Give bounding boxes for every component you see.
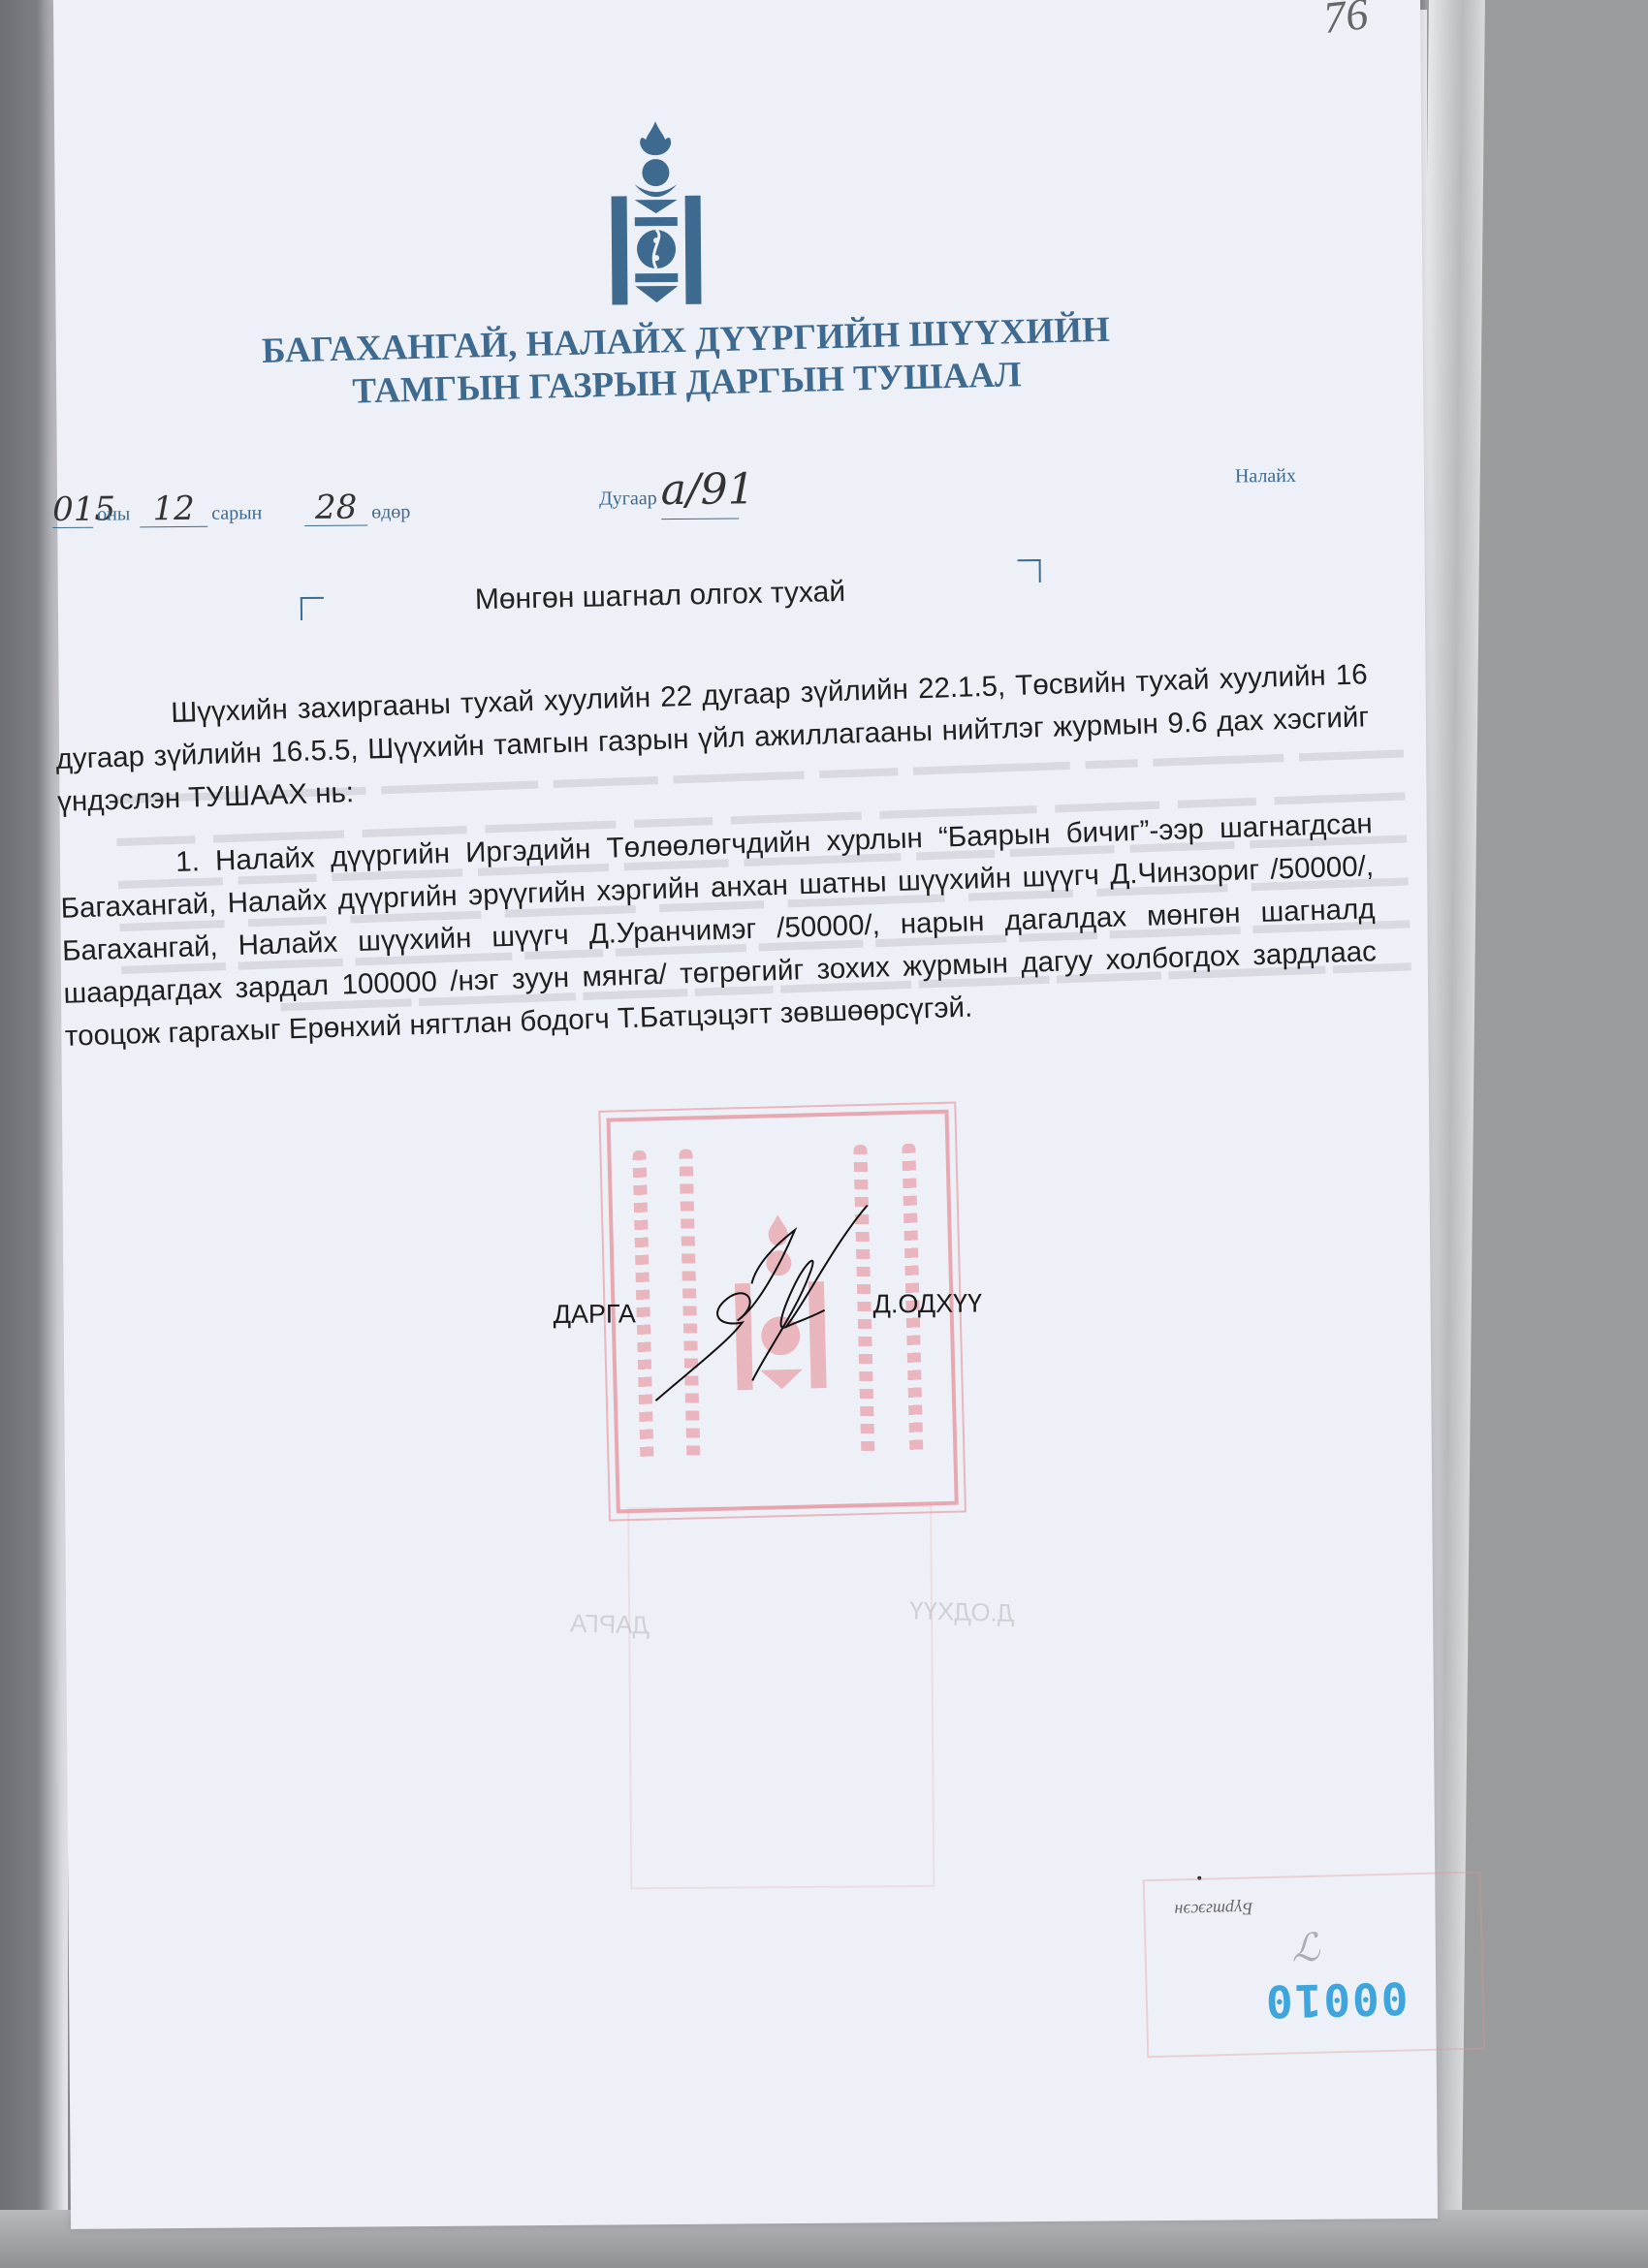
reverse-signatory-title: ДАРГА — [570, 1608, 650, 1640]
date-month: 12сарын — [140, 490, 266, 527]
date-day: 28өдөр — [304, 489, 414, 526]
order-number-handwritten: а/91 — [660, 461, 738, 520]
order-number-label: Дугаар — [595, 488, 661, 510]
year-handwritten: 015 — [52, 492, 93, 528]
reverse-signatory-name: Д.ОДХҮҮ — [909, 1595, 1015, 1628]
document-body: Шүүхийн захиргааны тухай хуулийн 22 дуга… — [54, 653, 1379, 1080]
reverse-signature-bleedthrough: ДАРГА Д.ОДХҮҮ — [569, 1524, 1036, 1780]
month-handwritten: 12 — [140, 491, 207, 528]
subject-bracket-right — [1018, 559, 1041, 583]
document-subject: Мөнгөн шагнал олгох тухай — [475, 576, 846, 616]
registration-stamp: Бүртгэсэн ℒ 00010 — [1143, 1871, 1486, 2058]
registration-initials: ℒ — [1291, 1926, 1320, 1971]
subject-bracket-left — [301, 597, 324, 620]
clause-1-paragraph: 1. Налайх дүүргийн Иргэдийн Төлөөлөгчдий… — [59, 803, 1379, 1058]
handwritten-signature — [650, 1205, 874, 1430]
year-suffix: оны — [93, 503, 134, 524]
handwritten-page-number: 76 — [1320, 0, 1371, 44]
signatory-name: Д.ОДХҮҮ — [872, 1289, 982, 1320]
day-suffix: өдөр — [367, 501, 414, 522]
document-header-title: БАГАХАНГАЙ, НАЛАЙХ ДҮҮРГИЙН ШҮҮХИЙН ТАМГ… — [220, 308, 1153, 417]
registration-number: 00010 — [1263, 1971, 1409, 2028]
order-number: Дугаара/91 — [595, 461, 739, 520]
date-number-line: 015оны 12сарын 28өдөр Дугаара/91 Налайх — [52, 474, 1361, 543]
date-year: 015оны — [52, 491, 134, 528]
registration-label: Бүртгэсэн — [1174, 1898, 1252, 1920]
day-handwritten: 28 — [304, 489, 367, 526]
preamble-paragraph: Шүүхийн захиргааны тухай хуулийн 22 дуга… — [54, 653, 1372, 824]
signatory-title: ДАРГА — [554, 1299, 636, 1330]
place-name: Налайх — [1235, 465, 1296, 488]
document-page: 76 БАГАХАНГАЙ, НАЛАЙХ ДҮҮРГИЙН ШҮҮХИЙН Т… — [53, 0, 1438, 2229]
month-suffix: сарын — [207, 502, 266, 523]
soyombo-emblem-icon — [597, 116, 715, 311]
